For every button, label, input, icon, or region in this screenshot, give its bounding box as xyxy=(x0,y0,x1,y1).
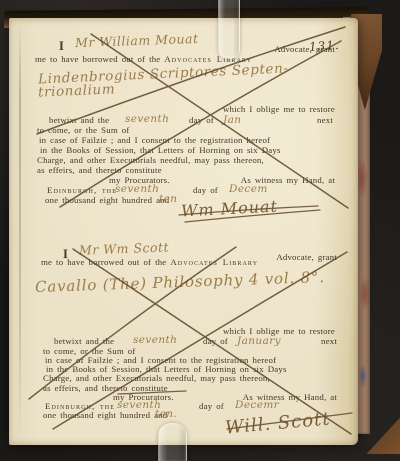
borrowed-line: me to have borrowed out of the Advocates… xyxy=(41,258,258,267)
borrowed-line: me to have borrowed out of the Advocates… xyxy=(35,55,252,64)
page-crease xyxy=(19,24,21,438)
advocate-grant-label: Advocate, grant xyxy=(274,45,335,54)
return-day: seventh xyxy=(133,334,177,346)
return-day: seventh xyxy=(125,113,169,125)
return-month: January xyxy=(237,335,281,347)
return-month: Jan xyxy=(223,114,241,126)
entry-initial: I xyxy=(59,40,64,53)
borrower-signature: Wm Mouat xyxy=(181,196,279,220)
to-come-line: to come, or the Sum of xyxy=(37,126,130,135)
signed-day: seventh xyxy=(115,183,159,195)
books-line: in the Books of Session, that Letters of… xyxy=(40,146,281,155)
charge-line: Charge, and other Executorials needful, … xyxy=(37,156,264,165)
oblige-line: which I oblige me to restore xyxy=(223,105,335,114)
signed-month: Decemr xyxy=(235,399,279,411)
borrower-name: Mr Wm Scott xyxy=(79,239,170,257)
borrow-entry-1: I Mr William Mouat Advocate, grant me to… xyxy=(35,37,337,227)
advocate-grant-label: Advocate, grant xyxy=(276,253,337,262)
year-written: ten xyxy=(159,193,177,205)
effeirs-line: as effeirs, and thereto constitute xyxy=(37,166,162,175)
signed-month: Decem xyxy=(229,183,268,195)
book-title-line1: Cavallo (The) Philosophy 4 vol. 8°. xyxy=(35,268,325,296)
book-photo: 131. I Mr William Mouat Advocate, grant … xyxy=(0,0,400,461)
page-holder-strip-bottom xyxy=(158,423,187,461)
borrower-signature: Will. Scott xyxy=(224,408,331,438)
register-page: 131. I Mr William Mouat Advocate, grant … xyxy=(9,18,358,445)
borrow-entry-2: I Mr Wm Scott Advocate, grant me to have… xyxy=(41,245,339,441)
year-written: ten. xyxy=(155,408,177,420)
page-holder-strip-top xyxy=(218,0,240,59)
library-name: Advocates Library xyxy=(170,257,258,267)
borrower-name: Mr William Mouat xyxy=(75,31,199,50)
failzie-line: in case of Failzie ; and I consent to th… xyxy=(39,136,270,145)
book-title-line2: trionalium xyxy=(38,81,116,100)
charge-line: Charge, and other Executorials needful, … xyxy=(43,374,270,383)
